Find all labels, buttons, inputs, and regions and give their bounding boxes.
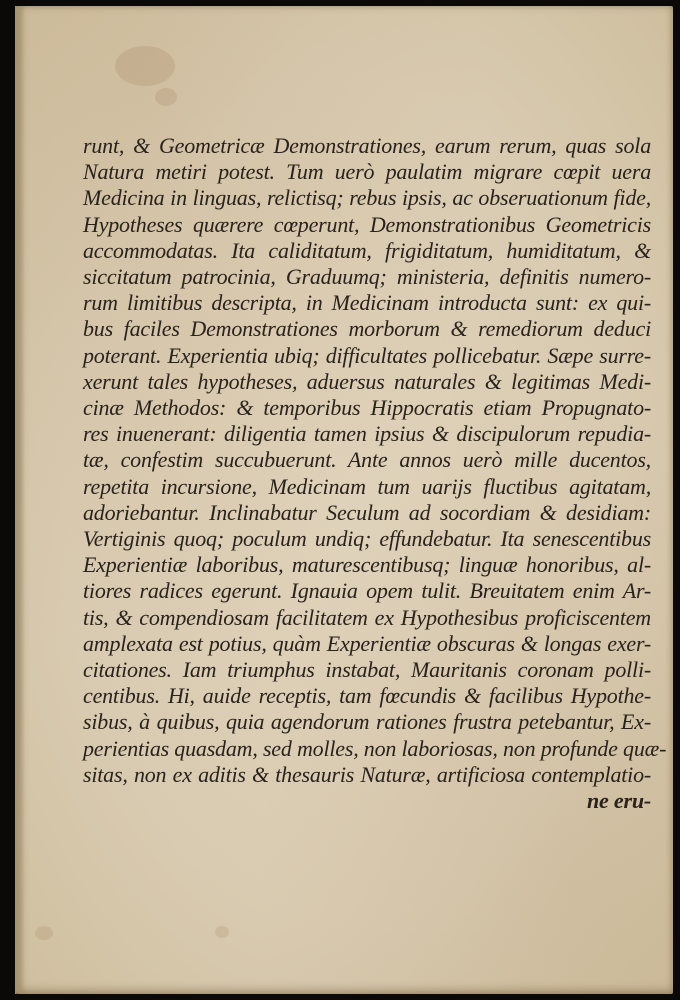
text-line: cinæ Methodos: & temporibus Hippocratis … [83,395,651,421]
paper-stain [35,926,53,940]
text-line: adoriebantur. Inclinabatur Seculum ad so… [83,500,651,526]
text-line: Medicina in linguas, relictisq; rebus ip… [83,185,651,211]
text-line: accommodatas. Ita caliditatum, frigidita… [83,238,651,264]
paper-stain [115,46,175,86]
text-line: rum limitibus descripta, in Medicinam in… [83,290,651,316]
text-line: tæ, confestim succubuerunt. Ante annos u… [83,447,651,473]
book-page: runt, & Geometricæ Demonstrationes, earu… [15,6,673,994]
paper-stain [155,88,177,106]
text-line: res inuenerant: diligentia tamen ipsius … [83,421,651,447]
text-line: sibus, à quibus, quia agendorum rationes… [83,709,651,735]
text-line: repetita incursione, Medicinam tum uarij… [83,474,651,500]
text-line: siccitatum patrocinia, Graduumq; ministe… [83,264,651,290]
text-line: Vertiginis quoq; poculum undiq; effundeb… [83,526,651,552]
text-line: sitas, non ex aditis & thesauris Naturæ,… [83,762,651,788]
text-line: Hypotheses quærere cœperunt, Demonstrati… [83,212,651,238]
text-line: tiores radices egerunt. Ignauia opem tul… [83,578,651,604]
text-line: citationes. Iam triumphus instabat, Maur… [83,657,651,683]
body-text: runt, & Geometricæ Demonstrationes, earu… [83,133,651,814]
text-line: perientias quasdam, sed molles, non labo… [83,736,651,762]
text-line: runt, & Geometricæ Demonstrationes, earu… [83,133,651,159]
text-line: amplexata est potius, quàm Experientiæ o… [83,631,651,657]
paper-stain [215,926,229,938]
text-line: poterant. Experientia ubiq; difficultate… [83,343,651,369]
catchword: ne eru- [83,788,651,814]
text-line: bus faciles Demonstrationes morborum & r… [83,316,651,342]
text-line: centibus. Hi, auide receptis, tam fœcund… [83,683,651,709]
text-line: tis, & compendiosam facilitatem ex Hypot… [83,605,651,631]
text-line: xerunt tales hypotheses, aduersus natura… [83,369,651,395]
text-line: Natura metiri potest. Tum uerò paulatim … [83,159,651,185]
page-edge-shadow [15,6,25,994]
text-line: Experientiæ laboribus, maturescentibusq;… [83,552,651,578]
